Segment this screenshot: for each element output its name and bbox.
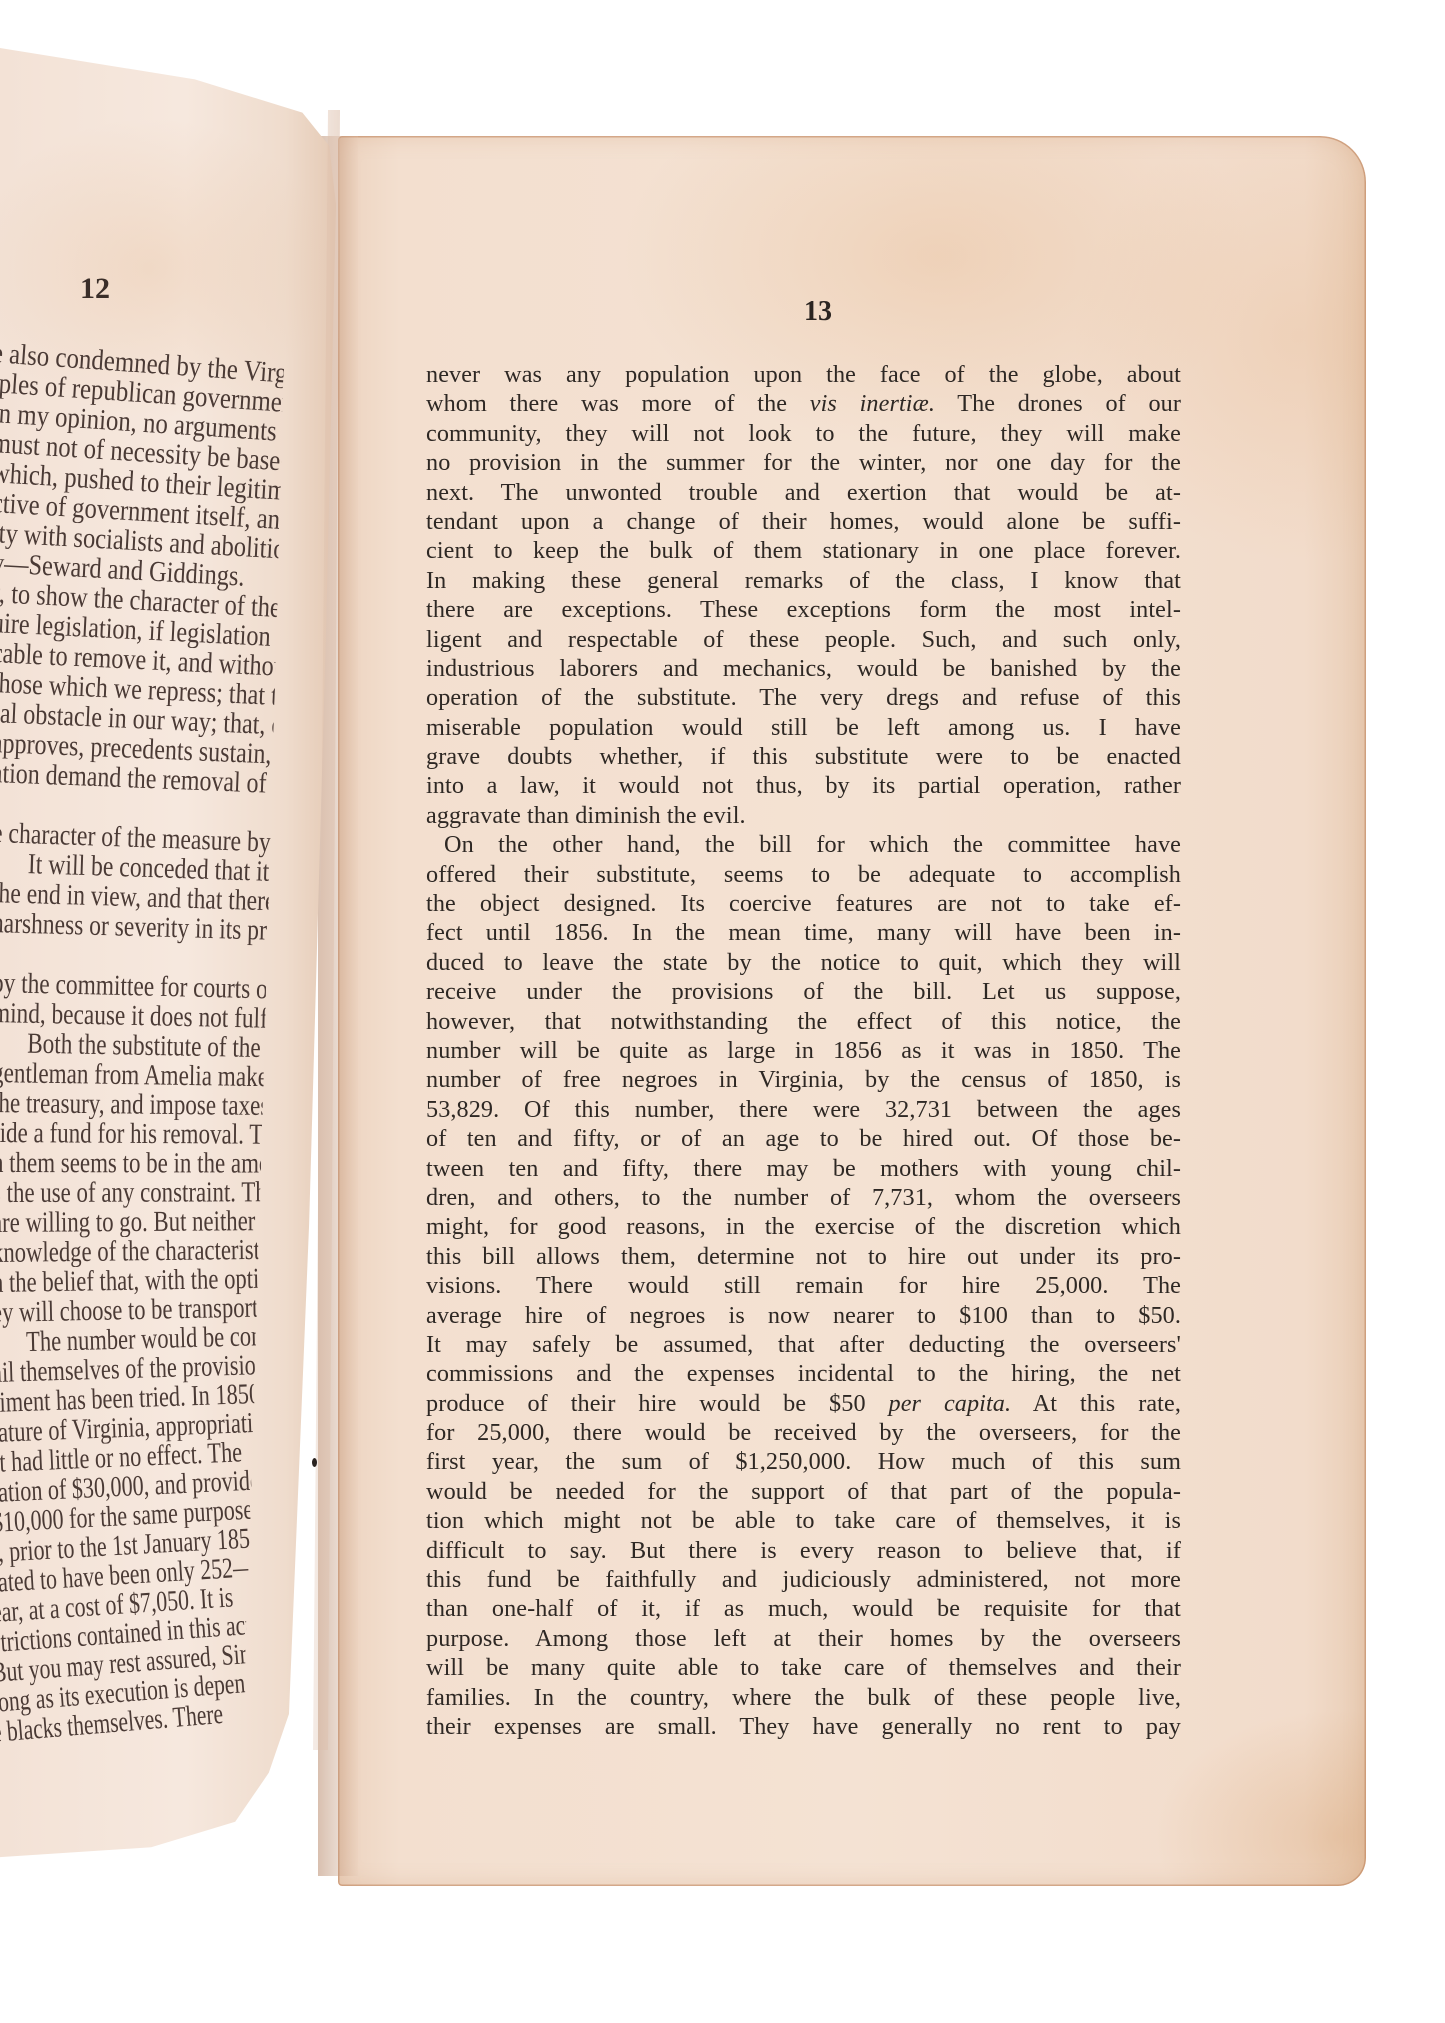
text-line: no provision in the summer for the winte… [426, 448, 1181, 477]
text-line: ligent and respectable of these people. … [426, 625, 1181, 654]
page-number-13: 13 [804, 296, 832, 328]
text-line: dren, and others, to the number of 7,731… [426, 1183, 1181, 1212]
text-line: fect until 1856. In the mean time, many … [426, 918, 1181, 947]
text-line: their expenses are small. They have gene… [426, 1712, 1181, 1741]
text-line: there are exceptions. These exceptions f… [426, 595, 1181, 624]
text-line: difficult to say. But there is every rea… [426, 1536, 1181, 1565]
text-line: families. In the country, where the bulk… [426, 1683, 1181, 1712]
text-line: miserable population would still be left… [426, 713, 1181, 742]
text-line: than one-half of it, if as much, would b… [426, 1594, 1181, 1623]
text-line: s the use of any constraint. Those [0, 1177, 260, 1208]
text-line: number will be quite as large in 1856 as… [426, 1036, 1181, 1065]
text-line: however, that notwithstanding the effect… [426, 1007, 1181, 1036]
binding-stitch-mark [312, 1458, 317, 1467]
text-line: operation of the substitute. The very dr… [426, 683, 1181, 712]
text-line: On the other hand, the bill for which th… [426, 830, 1181, 859]
book-spread: 13 never was any population upon the fac… [0, 0, 1445, 2023]
text-line: for 25,000, there would be received by t… [426, 1418, 1181, 1447]
text-line: would be needed for the support of that … [426, 1477, 1181, 1506]
text-line: grave doubts whether, if this substitute… [426, 742, 1181, 771]
text-line: this fund be faithfully and judiciously … [426, 1565, 1181, 1594]
text-line: tween ten and fifty, there may be mother… [426, 1154, 1181, 1183]
text-line: this bill allows them, determine not to … [426, 1242, 1181, 1271]
text-line: will be many quite able to take care of … [426, 1653, 1181, 1682]
right-page-body-text: never was any population upon the face o… [426, 360, 1181, 1741]
text-line: community, they will not look to the fut… [426, 419, 1181, 448]
text-line: into a law, it would not thus, by its pa… [426, 771, 1181, 800]
text-line: offered their substitute, seems to be ad… [426, 860, 1181, 889]
text-line: ride a fund for his removal. The [0, 1118, 262, 1150]
left-page: 12 e also condemned by the Virginiaiples… [0, 48, 336, 2008]
text-line: purpose. Among those left at their homes… [426, 1624, 1181, 1653]
text-line: first year, the sum of $1,250,000. How m… [426, 1447, 1181, 1476]
left-page-body-text: e also condemned by the Virginiaiples of… [0, 338, 332, 1748]
text-line: never was any population upon the face o… [426, 360, 1181, 389]
text-line: 53,829. Of this number, there were 32,73… [426, 1095, 1181, 1124]
text-line: receive under the provisions of the bill… [426, 977, 1181, 1006]
text-line: the object designed. Its coercive featur… [426, 889, 1181, 918]
text-line: visions. There would still remain for hi… [426, 1271, 1181, 1300]
text-line: n them seems to be in the amount [0, 1148, 261, 1179]
text-line: duced to leave the state by the notice t… [426, 948, 1181, 977]
right-page: 13 never was any population upon the fac… [338, 136, 1366, 1886]
text-line: It may safely be assumed, that after ded… [426, 1330, 1181, 1359]
text-line: commissions and the expenses incidental … [426, 1359, 1181, 1388]
page-number-12: 12 [80, 272, 110, 306]
text-line: cient to keep the bulk of them stationar… [426, 536, 1181, 565]
text-line: the treasury, and impose taxes [0, 1088, 263, 1121]
text-line: tendant upon a change of their homes, wo… [426, 507, 1181, 536]
text-line: In making these general remarks of the c… [426, 566, 1181, 595]
text-line: produce of their hire would be $50 per c… [426, 1389, 1181, 1418]
text-line: knowledge of the characteristics [0, 1235, 258, 1268]
text-line: of ten and fifty, or of an age to be hir… [426, 1124, 1181, 1153]
text-line: might, for good reasons, in the exercise… [426, 1212, 1181, 1241]
text-line: aggravate than diminish the evil. [426, 801, 1181, 830]
text-line: next. The unwonted trouble and exertion … [426, 478, 1181, 507]
text-line: are willing to go. But neither [0, 1206, 259, 1238]
text-line: average hire of negroes is now nearer to… [426, 1301, 1181, 1330]
text-line: gentleman from Amelia make an [0, 1058, 264, 1092]
text-line: tion which might not be able to take car… [426, 1506, 1181, 1535]
text-line: industrious laborers and mechanics, woul… [426, 654, 1181, 683]
text-line: whom there was more of the vis inertiæ. … [426, 389, 1181, 418]
text-line: number of free negroes in Virginia, by t… [426, 1065, 1181, 1094]
